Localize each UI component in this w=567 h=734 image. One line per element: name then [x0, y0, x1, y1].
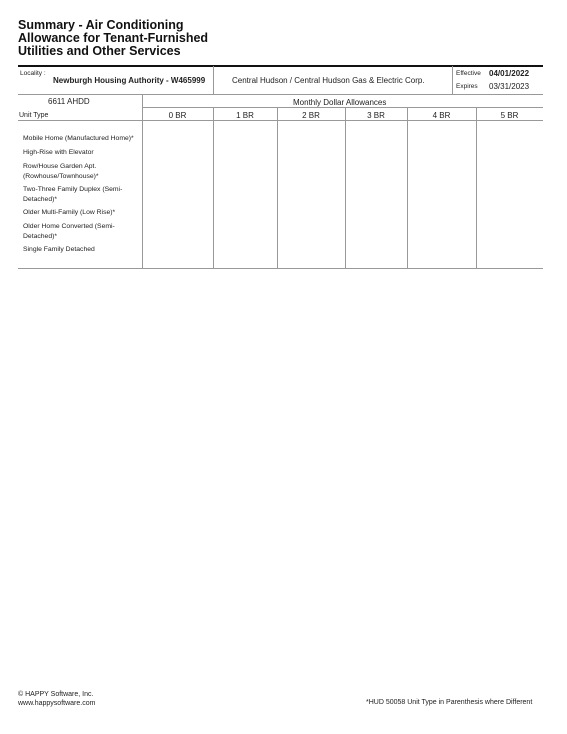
group-header-rule [142, 107, 543, 108]
table-code: 6611 AHDD [48, 97, 90, 106]
header-divider [213, 66, 214, 94]
copyright-text: © HAPPY Software, Inc. [18, 690, 95, 699]
title-line-3: Utilities and Other Services [18, 45, 208, 58]
table-row-label: Older Home Converted (Semi-Detached)* [23, 222, 133, 242]
table-row-label: High-Rise with Elevator [23, 148, 148, 158]
expires-date: 03/31/2023 [489, 82, 529, 91]
effective-label: Effective [456, 70, 481, 77]
website-link[interactable]: www.happysoftware.com [18, 699, 95, 708]
header-bottom-rule [18, 94, 543, 95]
footer-note: *HUD 50058 Unit Type in Parenthesis wher… [366, 699, 532, 706]
grid-line [277, 108, 278, 268]
table-row-label: Two-Three Family Duplex (Semi-Detached)* [23, 185, 138, 205]
grid-line [213, 108, 214, 268]
effective-date: 04/01/2022 [489, 69, 529, 78]
column-header-5br: 5 BR [476, 111, 543, 120]
table-row-label: Row/House Garden Apt. (Rowhouse/Townhous… [23, 162, 118, 182]
header-divider [452, 66, 453, 94]
table-bottom-rule [18, 268, 543, 269]
locality-label: Locality : [20, 70, 46, 77]
expires-label: Expires [456, 83, 478, 90]
footer-copyright: © HAPPY Software, Inc. www.happysoftware… [18, 690, 95, 708]
table-row-label: Mobile Home (Manufactured Home)* [23, 134, 148, 144]
column-header-3br: 3 BR [345, 111, 407, 120]
column-header-2br: 2 BR [277, 111, 345, 120]
header-top-rule [18, 65, 543, 67]
unit-type-header: Unit Type [19, 112, 48, 119]
locality-value: Newburgh Housing Authority - W465999 [53, 76, 205, 85]
grid-line [142, 94, 143, 268]
utility-provider: Central Hudson / Central Hudson Gas & El… [232, 76, 425, 85]
grid-line [345, 108, 346, 268]
grid-line [407, 108, 408, 268]
table-row-label: Older Multi-Family (Low Rise)* [23, 208, 148, 218]
column-header-0br: 0 BR [142, 111, 213, 120]
page-title: Summary - Air Conditioning Allowance for… [18, 19, 208, 58]
column-header-1br: 1 BR [213, 111, 277, 120]
group-header: Monthly Dollar Allowances [293, 98, 386, 107]
column-header-4br: 4 BR [407, 111, 476, 120]
column-header-rule [18, 120, 543, 121]
grid-line [476, 108, 477, 268]
table-row-label: Single Family Detached [23, 245, 148, 255]
